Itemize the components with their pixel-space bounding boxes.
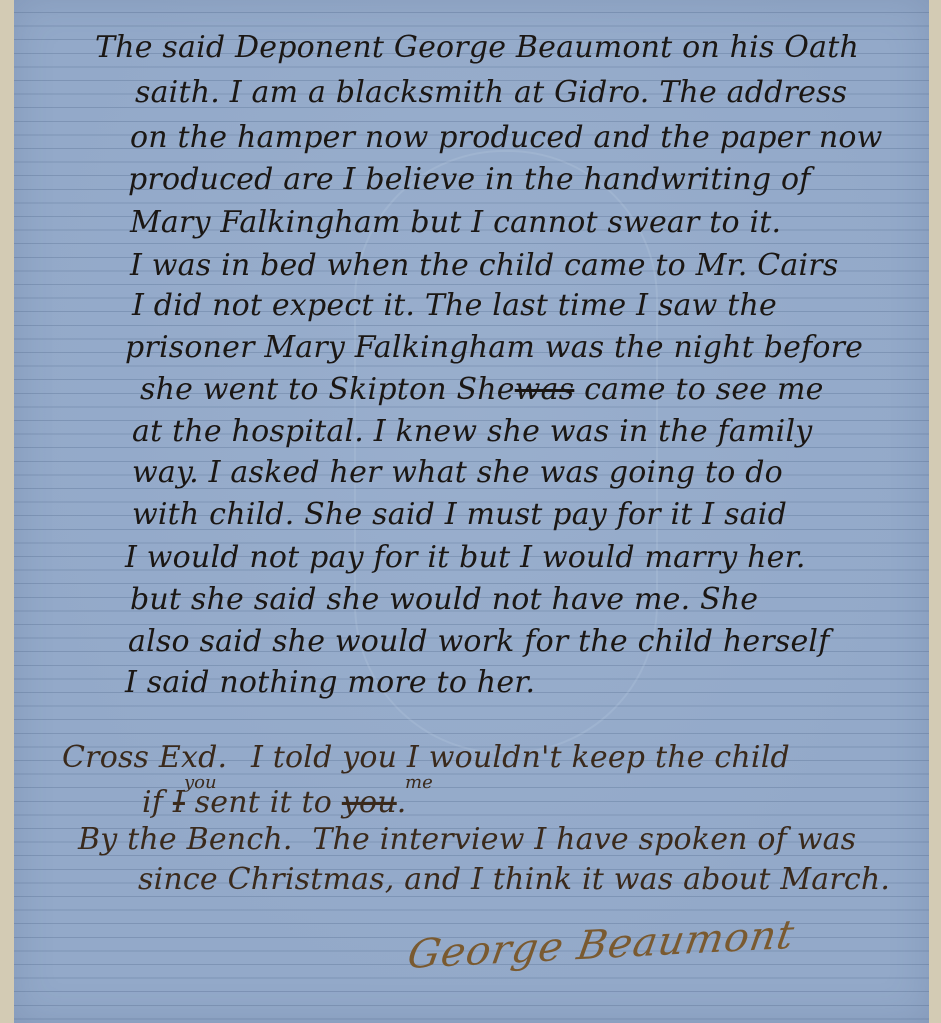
cross-exam-text: I told you I wouldn't keep the child — [251, 740, 790, 775]
bench-line-1: By the Bench. The interview I have spoke… — [78, 822, 856, 857]
text-line-6: I was in bed when the child came to Mr. … — [130, 248, 838, 283]
text-line-9: she went to Skipton Shewas came to see m… — [140, 372, 824, 407]
line-9-start: she went to Skipton She — [140, 372, 515, 407]
insertion-above-pronoun: you — [184, 772, 217, 793]
struck-end-word: you — [342, 785, 397, 820]
text-line-11: way. I asked her what she was going to d… — [132, 455, 783, 490]
text-line-1: The said Deponent George Beaumont on his… — [95, 30, 859, 65]
text-line-5: Mary Falkingham but I cannot swear to it… — [130, 205, 781, 240]
text-line-13: I would not pay for it but I would marry… — [125, 540, 806, 575]
text-line-7: I did not expect it. The last time I saw… — [132, 288, 777, 323]
bench-text: The interview I have spoken of was — [312, 822, 856, 857]
text-line-3: on the hamper now produced and the paper… — [130, 120, 883, 155]
text-line-2: saith. I am a blacksmith at Gidro. The a… — [135, 75, 847, 110]
cross-exam-label: Cross Exd. — [62, 740, 227, 775]
text-line-4: produced are I believe in the handwritin… — [128, 162, 811, 197]
text-line-10: at the hospital. I knew she was in the f… — [132, 414, 812, 449]
struck-word: was — [515, 372, 575, 407]
paper-watermark — [354, 150, 658, 754]
cross-exam-line-1: Cross Exd. I told you I wouldn't keep th… — [62, 740, 790, 775]
text-line-15: also said she would work for the child h… — [128, 624, 830, 659]
text-line-16: I said nothing more to her. — [125, 665, 535, 700]
bench-line-2: since Christmas, and I think it was abou… — [138, 862, 890, 897]
cross-exam-line-2: if I sent it to you. — [142, 785, 406, 820]
insertion-above-end: me — [405, 772, 433, 793]
text-line-14: but she said she would not have me. She — [130, 582, 758, 617]
bench-label: By the Bench. — [78, 822, 293, 857]
text-line-8: prisoner Mary Falkingham was the night b… — [125, 330, 863, 365]
line-9-end: came to see me — [584, 372, 824, 407]
text-line-12: with child. She said I must pay for it I… — [132, 497, 787, 532]
